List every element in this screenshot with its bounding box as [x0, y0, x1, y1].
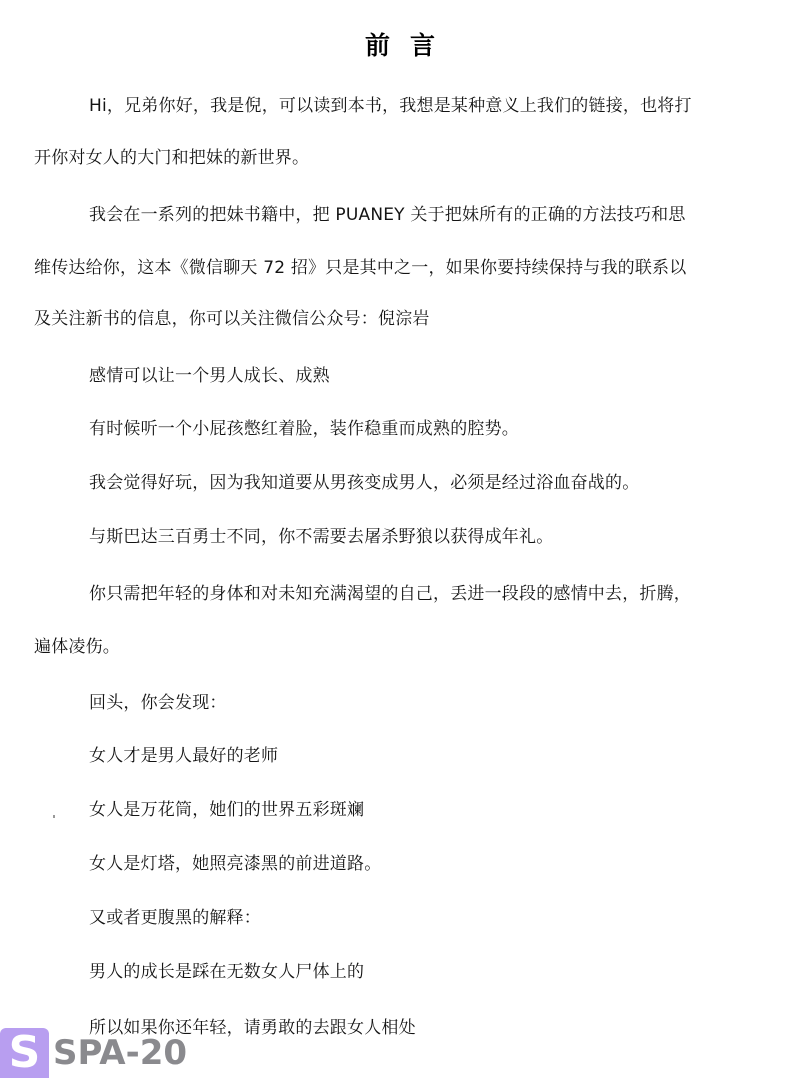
watermark-logo-icon: S [0, 1028, 49, 1078]
paragraph-line: 及关注新书的信息，你可以关注微信公众号：倪淙岩 [34, 304, 430, 329]
paragraph-line: 男人的成长是踩在无数女人尸体上的 [89, 957, 364, 982]
paragraph-line: 遍体凌伤。 [34, 632, 120, 657]
paragraph-line: 又或者更腹黑的解释： [89, 903, 261, 928]
paragraph-line: 女人是灯塔，她照亮漆黑的前进道路。 [89, 849, 381, 874]
paragraph-line: 与斯巴达三百勇士不同，你不需要去屠杀野狼以获得成年礼。 [89, 522, 553, 547]
paragraph-line: 有时候听一个小屁孩憋红着脸，装作稳重而成熟的腔势。 [89, 414, 519, 439]
paragraph-line: 维传达给你，这本《微信聊天 72 招》只是其中之一，如果你要持续保持与我的联系以 [34, 253, 686, 278]
watermark: S SPA-20 [0, 1028, 187, 1078]
paragraph-line: 我会在一系列的把妹书籍中，把 PUANEY 关于把妹所有的正确的方法技巧和思 [89, 200, 686, 225]
paragraph-line: Hi，兄弟你好，我是倪，可以读到本书，我想是某种意义上我们的链接，也将打 [89, 91, 692, 116]
scan-speck [53, 815, 55, 818]
paragraph-line: 你只需把年轻的身体和对未知充满渴望的自己，丢进一段段的感情中去，折腾， [89, 579, 691, 604]
document-page: 前言 Hi，兄弟你好，我是倪，可以读到本书，我想是某种意义上我们的链接，也将打 … [0, 0, 800, 1078]
paragraph-line: 女人是万花筒，她们的世界五彩斑斓 [89, 795, 364, 820]
watermark-label: SPA-20 [53, 1033, 187, 1073]
paragraph-line: 我会觉得好玩，因为我知道要从男孩变成男人，必须是经过浴血奋战的。 [89, 468, 639, 493]
paragraph-line: 感情可以让一个男人成长、成熟 [89, 361, 330, 386]
page-title: 前言 [0, 26, 800, 62]
paragraph-line: 回头，你会发现： [89, 688, 227, 713]
paragraph-line: 开你对女人的大门和把妹的新世界。 [34, 143, 309, 168]
paragraph-line: 女人才是男人最好的老师 [89, 741, 278, 766]
